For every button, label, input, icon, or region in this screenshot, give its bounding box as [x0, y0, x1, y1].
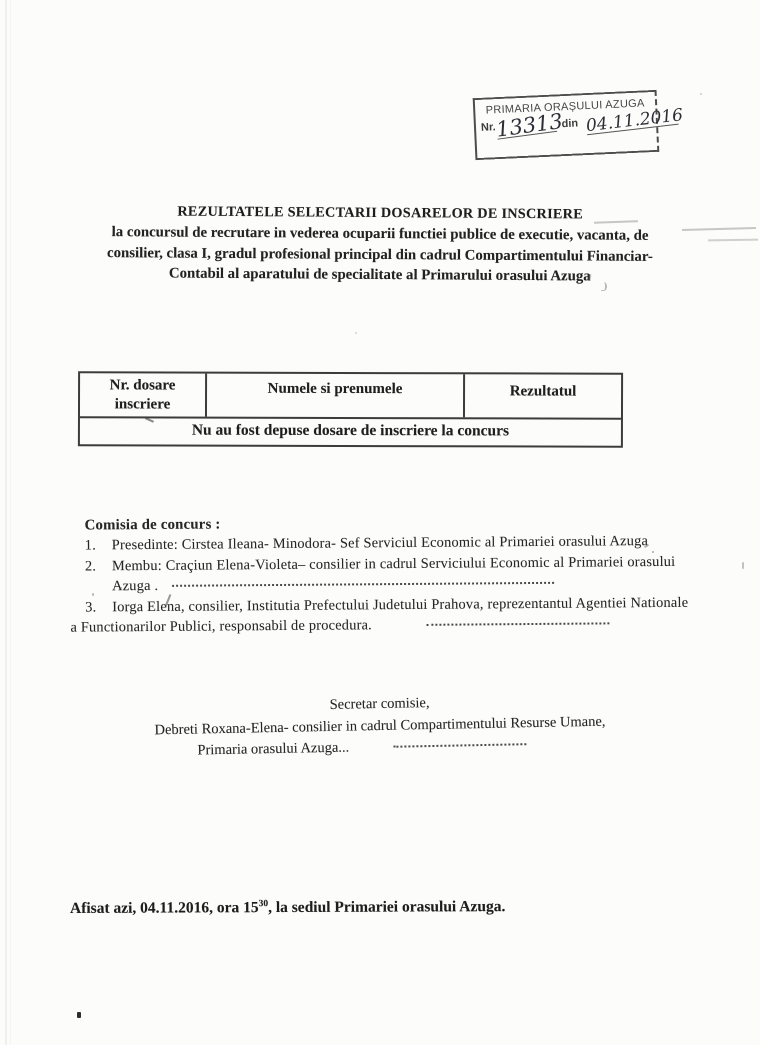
member-number: 1. [85, 536, 112, 557]
scan-speck [355, 332, 357, 334]
secretary-section: Secretar comisie, Debreti Roxana-Elena- … [99, 689, 660, 764]
committee-member: 3. Iorga Elena, consilier, Institutia Pr… [85, 592, 725, 638]
posting-note-superscript: 30 [259, 899, 269, 909]
member-line: Azuga . [112, 575, 554, 594]
dotted-leader [172, 578, 554, 587]
scan-speck [120, 587, 122, 589]
posting-note: Afisat azi, 04.11.2016, ora 1530, la sed… [70, 898, 505, 918]
member-line-text: Azuga . [112, 578, 158, 594]
scan-speck [601, 282, 607, 291]
scanned-document-page: PRIMARIA ORAȘULUI AZUGA Nr. 13313 din 04… [0, 0, 760, 1045]
header-cell-nume: Numele si prenumele [207, 374, 465, 418]
member-line: Iorga Elena, consilier, Institutia Prefe… [112, 594, 688, 615]
member-line: Presedinte: Cirstea Ileana- Minodora- Se… [112, 533, 648, 553]
member-text: Iorga Elena, consilier, Institutia Prefe… [112, 592, 725, 638]
member-number: 2. [85, 556, 112, 597]
header-cell-rezultat: Rezultatul [465, 374, 621, 417]
member-line: Membu: Craçiun Elena-Violeta– consilier … [112, 554, 676, 574]
registration-stamp: PRIMARIA ORAȘULUI AZUGA Nr. 13313 din 04… [473, 90, 660, 160]
dotted-leader [393, 739, 526, 748]
member-line: a Functionarilor Publici, responsabil de… [70, 615, 609, 635]
member-line-text: a Functionarilor Publici, responsabil de… [70, 617, 372, 635]
scan-speck [742, 562, 744, 569]
scan-fold-line [5, 0, 7, 1045]
committee-section: Comisia de concurs : 1. Presedinte: Cirs… [85, 510, 726, 637]
stamp-nr-handwritten-value: 13313 [495, 114, 557, 140]
scan-speck [77, 1012, 81, 1018]
stamp-din-label: din [561, 117, 578, 132]
posting-note-suffix: , la sediul Primariei orasului Azuga. [268, 898, 505, 916]
scan-fold-line [10, 0, 11, 1045]
table-header-row: Nr. dosare inscriere Numele si prenumele… [80, 373, 621, 419]
stamp-date-handwritten-value: 04.11.2016 [586, 110, 679, 135]
posting-note-prefix: Afisat azi, 04.11.2016, ora 15 [70, 899, 259, 917]
dotted-leader [426, 618, 609, 625]
scan-speck [700, 93, 702, 95]
committee-member: 2. Membu: Craçiun Elena-Violeta– consili… [85, 551, 725, 597]
stamp-nr-label: Nr. [481, 121, 496, 136]
scan-speck [652, 551, 654, 553]
secretary-org-text: Primaria orasului Azuga... [197, 740, 349, 759]
scan-speck [92, 593, 94, 596]
document-header: REZULTATELE SELECTARII DOSARELOR DE INSC… [0, 202, 760, 288]
member-text: Membu: Craçiun Elena-Violeta– consilier … [112, 551, 725, 597]
header-cell-nr-dosare: Nr. dosare inscriere [80, 373, 207, 416]
table-empty-row: Nu au fost depuse dosare de inscriere la… [80, 418, 621, 445]
results-table: Nr. dosare inscriere Numele si prenumele… [78, 371, 623, 447]
